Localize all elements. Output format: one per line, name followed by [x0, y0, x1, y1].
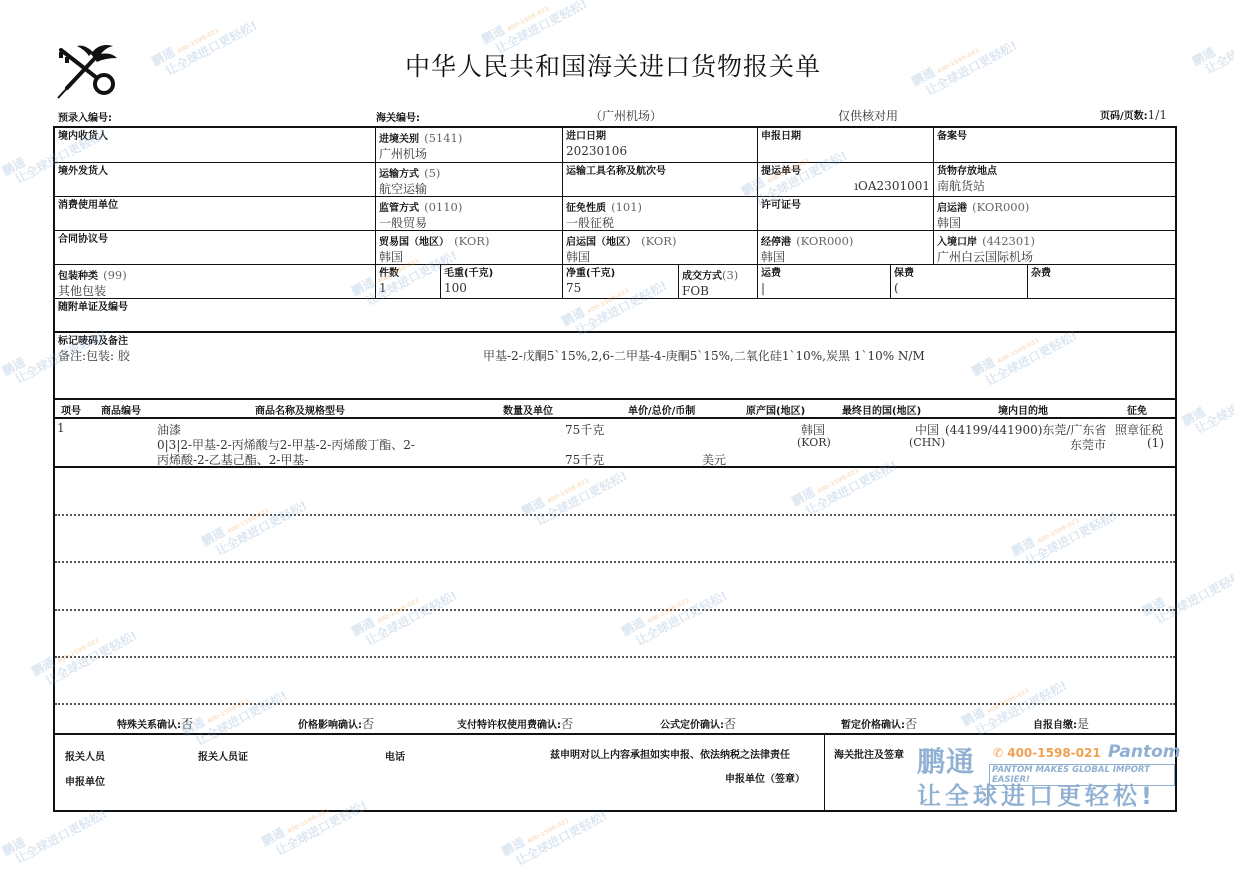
phone-label: 电话 — [385, 748, 405, 763]
field-trade-country: 贸易国（地区） (KOR) 韩国 — [376, 231, 563, 265]
field-value: 其他包装 — [58, 284, 372, 299]
customs-emblem-icon — [55, 38, 125, 100]
goods-row-divider — [55, 656, 1175, 658]
field-label: 保费 — [894, 266, 1024, 281]
item-levy-code: (1) — [1147, 436, 1164, 450]
field-consumer: 消费使用单位 — [55, 197, 376, 231]
field-value: 南航货站 — [937, 179, 1172, 194]
field-label: 成交方式 — [682, 271, 722, 282]
watermark: 鹏通让全球进口更轻松! — [1190, 6, 1234, 80]
field-label: 合同协议号 — [58, 232, 372, 247]
brand-phone: ✆ 400-1598-021 — [993, 746, 1101, 760]
field-depart-port: 启运港 (KOR000) 韩国 — [934, 197, 1175, 231]
field-contract: 合同协议号 — [55, 231, 376, 265]
goods-row-divider — [55, 703, 1175, 705]
customs-no-label: 海关编号: — [376, 109, 420, 124]
field-label: 监管方式 — [379, 203, 419, 214]
field-label: 境外发货人 — [58, 164, 372, 179]
field-value: 75 — [566, 281, 675, 296]
field-transit-port: 经停港 (KOR000) 韩国 — [758, 231, 934, 265]
field-code: (5) — [424, 166, 440, 180]
watermark: 鹏通400-1598-021让全球进口更轻松! — [910, 26, 1020, 102]
field-marks-remarks: 标记唛码及备注 备注:包装: 胶 甲基-2-戊酮5`15%,2,6-二甲基-4-… — [55, 333, 1175, 400]
watermark: 鹏通让全球进口更轻松! — [1180, 366, 1234, 440]
goods-row-divider — [55, 609, 1175, 611]
item-domestic-city: 东莞市 — [1070, 436, 1106, 453]
item-qty: 75千克 — [565, 421, 604, 438]
goods-row-divider — [55, 514, 1175, 516]
field-value: 20230106 — [566, 144, 754, 159]
field-label: 征免性质 — [566, 203, 606, 214]
brand-slogan: 让全球进口更轻松! — [917, 776, 1156, 811]
goods-col-dest: 最终目的国(地区) — [842, 402, 921, 417]
field-label: 净重(千克) — [566, 266, 675, 281]
field-label: 进境关别 — [379, 134, 419, 145]
declare-unit-label: 申报单位 — [65, 773, 105, 788]
field-code: (3) — [722, 268, 738, 282]
field-label: 境内收货人 — [58, 129, 372, 144]
brand-name: 鹏通 — [917, 740, 975, 780]
field-insurance: 保费 ( — [891, 265, 1028, 299]
field-supervision: 监管方式 (0110) 一般贸易 — [376, 197, 563, 231]
field-misc-fee: 杂费 — [1028, 265, 1175, 299]
goods-col-domestic: 境内目的地 — [998, 402, 1048, 417]
item-dest-code: (CHN) — [909, 436, 945, 449]
field-label: 启运港 — [937, 203, 967, 214]
field-code: (0110) — [424, 200, 462, 214]
field-code: (KOR) — [454, 234, 489, 248]
field-storage: 货物存放地点 南航货站 — [934, 163, 1175, 197]
declaration-statement: 兹申明对以上内容承担如实申报、依法纳税之法律责任 — [550, 746, 790, 761]
field-label: 标记唛码及备注 — [58, 334, 1172, 349]
field-value: 1 — [379, 281, 437, 296]
field-code: (KOR) — [641, 234, 676, 248]
field-label: 进口日期 — [566, 129, 754, 144]
declare-unit-seal-label: 申报单位（签章） — [725, 770, 805, 785]
field-value: 韩国 — [937, 216, 1172, 231]
field-transport-mode: 运输方式 (5) 航空运输 — [376, 163, 563, 197]
field-declare-date: 申报日期 — [758, 128, 934, 163]
field-value: 韩国 — [379, 250, 559, 265]
field-value: 100 — [444, 281, 559, 296]
field-label: 启运国（地区） — [566, 237, 636, 248]
field-label: 申报日期 — [761, 129, 930, 144]
field-gross-weight: 毛重(千克) 100 — [441, 265, 563, 299]
confirm-price-influence: 价格影响确认:否 — [298, 713, 374, 732]
brand-latin: Pantom — [1108, 742, 1180, 762]
page-title: 中华人民共和国海关进口货物报关单 — [405, 47, 821, 83]
field-vehicle: 运输工具名称及航次号 — [563, 163, 758, 197]
field-code: (442301) — [982, 234, 1035, 248]
verify-note: 仅供核对用 — [838, 107, 898, 124]
footer-divider — [824, 735, 825, 812]
goods-col-price: 单价/总价/币制 — [628, 402, 695, 417]
page-indicator: 页码/页数:1/1 — [1100, 107, 1167, 122]
declarant-cert-label: 报关人员证 — [198, 748, 248, 763]
item-origin-code: (KOR) — [797, 436, 831, 449]
field-value: 备注:包装: 胶 甲基-2-戊酮5`15%,2,6-二甲基-4-庚酮5`15%,… — [58, 349, 1172, 364]
field-license: 许可证号 — [758, 197, 934, 231]
field-depart-country: 启运国（地区） (KOR) 韩国 — [563, 231, 758, 265]
field-value: 韩国 — [761, 250, 930, 265]
goods-row-divider — [55, 561, 1175, 563]
field-label: 杂费 — [1031, 266, 1172, 281]
field-levy-nature: 征免性质 (101) 一般征税 — [563, 197, 758, 231]
pre-entry-no-label: 预录入编号: — [58, 109, 112, 124]
field-label: 运输方式 — [379, 169, 419, 180]
goods-col-qty: 数量及单位 — [503, 402, 553, 417]
declaration-form: 境内收货人 进境关别 (5141) 广州机场 进口日期 20230106 申报日… — [53, 126, 1177, 812]
goods-col-origin: 原产国(地区) — [746, 402, 805, 417]
confirm-self-pay: 自报自缴:是 — [1033, 713, 1089, 732]
field-label: 包装种类 — [58, 271, 98, 282]
field-entry-customs: 进境关别 (5141) 广州机场 — [376, 128, 563, 163]
field-label: 许可证号 — [761, 198, 930, 213]
field-record-no: 备案号 — [934, 128, 1175, 163]
field-code: (KOR000) — [796, 234, 853, 248]
field-label: 随附单证及编号 — [58, 300, 1172, 315]
field-deal-mode: 成交方式(3) FOB — [679, 265, 758, 299]
confirm-formula-price: 公式定价确认:否 — [660, 713, 736, 732]
field-package: 包装种类 (99) 其他包装 — [55, 265, 376, 299]
field-label: 经停港 — [761, 237, 791, 248]
field-code: (99) — [103, 268, 127, 282]
field-label: 贸易国（地区） — [379, 237, 449, 248]
field-value: FOB — [682, 284, 754, 299]
field-entry-port: 入境口岸 (442301) 广州白云国际机场 — [934, 231, 1175, 265]
goods-col-name: 商品名称及规格型号 — [255, 402, 345, 417]
field-label: 消费使用单位 — [58, 198, 372, 213]
field-value: ıOA2301001 — [761, 179, 930, 194]
field-value: 航空运输 — [379, 182, 559, 197]
goods-col-no: 项号 — [61, 402, 81, 417]
goods-col-hs: 商品编号 — [101, 402, 141, 417]
field-label: 备案号 — [937, 129, 1172, 144]
field-attached-docs: 随附单证及编号 — [55, 299, 1175, 333]
page-value: 1/1 — [1148, 108, 1167, 122]
field-freight: 运费 | — [758, 265, 891, 299]
field-bill-no: 提运单号 ıOA2301001 — [758, 163, 934, 197]
field-value: ( — [894, 281, 1024, 296]
goods-col-levy: 征免 — [1127, 402, 1147, 417]
confirm-royalty: 支付特许权使用费确认:否 — [457, 713, 573, 732]
remarks-right: 甲基-2-戊酮5`15%,2,6-二甲基-4-庚酮5`15%,二氧化硅1`10%… — [483, 349, 925, 364]
field-label: 运输工具名称及航次号 — [566, 164, 754, 179]
field-consignee: 境内收货人 — [55, 128, 376, 163]
phone-icon: ✆ — [993, 746, 1007, 760]
field-code: (5141) — [424, 131, 462, 145]
field-value: | — [761, 281, 887, 296]
field-pieces: 件数 1 — [376, 265, 441, 299]
watermark: 鹏通400-1598-021让全球进口更轻松! — [150, 6, 260, 82]
confirm-special-relation: 特殊关系确认:否 — [117, 713, 193, 732]
field-code: (KOR000) — [972, 200, 1029, 214]
customs-note-label: 海关批注及签章 — [834, 746, 904, 761]
field-value: 韩国 — [566, 250, 754, 265]
field-label: 运费 — [761, 266, 887, 281]
field-label: 货物存放地点 — [937, 164, 1172, 179]
field-label: 入境口岸 — [937, 237, 977, 248]
port-note: （广州机场） — [590, 107, 662, 124]
remarks-left: 备注:包装: 胶 — [58, 349, 130, 363]
declarant-label: 报关人员 — [65, 748, 105, 763]
field-label: 毛重(千克) — [444, 266, 559, 281]
field-value: 一般贸易 — [379, 216, 559, 231]
page-label: 页码/页数: — [1100, 111, 1148, 122]
confirm-provisional-price: 暂定价格确认:否 — [841, 713, 917, 732]
field-shipper: 境外发货人 — [55, 163, 376, 197]
field-label: 件数 — [379, 266, 437, 281]
field-import-date: 进口日期 20230106 — [563, 128, 758, 163]
field-code: (101) — [611, 200, 642, 214]
field-label: 提运单号 — [761, 164, 930, 179]
field-value: 一般征税 — [566, 216, 754, 231]
field-value: 广州机场 — [379, 147, 559, 162]
item-no: 1 — [57, 421, 65, 435]
field-net-weight: 净重(千克) 75 — [563, 265, 679, 299]
field-value: 广州白云国际机场 — [937, 250, 1172, 265]
